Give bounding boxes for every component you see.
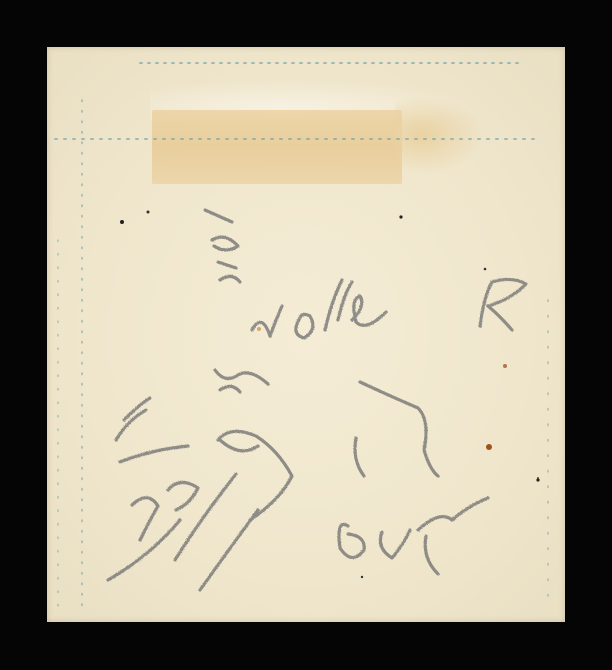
- stamp-markings: [0, 0, 612, 670]
- pencil-annotations: [108, 210, 526, 590]
- paper-specks: [120, 211, 540, 579]
